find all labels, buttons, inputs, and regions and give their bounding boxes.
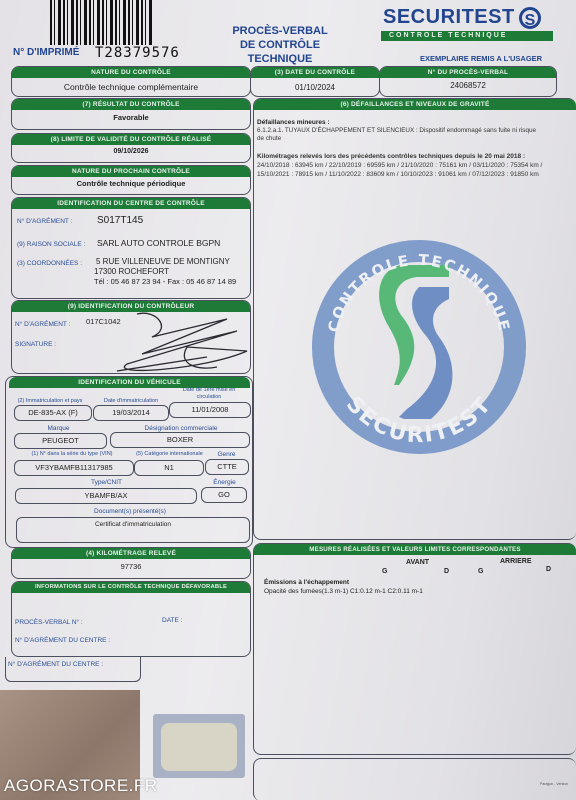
registration-label: (2) Immatriculation et pays (9, 398, 91, 404)
lower-right-frame (253, 758, 576, 800)
lower-agrement-label: N° D'AGRÉMENT DU CENTRE : (8, 661, 103, 668)
phone-fax: Tél : 05 46 87 23 94 - Fax : 05 46 87 14… (94, 277, 236, 286)
defects-header: (6) DÉFAILLANCES ET NIVEAUX DE GRAVITÉ (254, 99, 576, 110)
company-name-value: SARL AUTO CONTROLE BGPN (97, 238, 220, 248)
center-identification-box: IDENTIFICATION DU CENTRE DE CONTRÔLE N° … (11, 197, 251, 299)
center-header: IDENTIFICATION DU CENTRE DE CONTRÔLE (12, 198, 250, 209)
minor-defects-text: 6.1.2.a.1. TUYAUX D'ÉCHAPPEMENT ET SILEN… (257, 127, 542, 143)
vin-value: VF3YBAMFB11317985 (14, 460, 134, 476)
mileage-history-text: 24/10/2018 : 63945 km / 22/10/2019 : 695… (257, 162, 542, 178)
registration-date-value: 19/03/2014 (93, 405, 169, 421)
next-control-header: NATURE DU PROCHAIN CONTRÔLE (12, 166, 250, 177)
type-cnit-value: YBAMFB/AX (15, 488, 197, 504)
securitest-watermark-logo-icon: CONTROLE TECHNIQUE SECURITEST (309, 237, 529, 457)
rear-label: ARRIERE (500, 558, 532, 565)
validity-value: 09/10/2026 (12, 148, 250, 155)
securitest-watermark: CONTROLE TECHNIQUE SECURITEST (309, 237, 529, 457)
control-date-box: (3) DATE DU CONTRÔLE 01/10/2024 (250, 66, 380, 97)
fuel-value: GO (201, 487, 247, 503)
inspection-report-sheet: N° D'IMPRIMÉ T28379576 PROCÈS-VERBAL DE … (0, 0, 576, 800)
front-label: AVANT (406, 559, 429, 566)
vehicle-identification-box: IDENTIFICATION DU VÉHICULE (2) Immatricu… (5, 376, 253, 548)
registration-date-label: Date d'immatriculation (92, 398, 170, 404)
emissions-title: Émissions à l'échappement (264, 579, 349, 586)
report-number-header: N° DU PROCÈS-VERBAL (380, 67, 556, 78)
copy-note: EXEMPLAIRE REMIS A L'USAGER (420, 54, 542, 63)
measures-header: MESURES RÉALISÉES ET VALEURS LIMITES COR… (254, 544, 576, 555)
title-line-1: PROCÈS-VERBAL (215, 24, 345, 38)
validity-box: (8) LIMITE DE VALIDITÉ DU CONTRÔLE RÉALI… (11, 133, 251, 163)
registration-value: DE-835-AX (F) (14, 405, 92, 421)
mileage-value: 97736 (12, 562, 250, 571)
next-control-value: Contrôle technique périodique (12, 179, 250, 188)
category-value: N1 (134, 460, 204, 476)
make-value: PEUGEOT (14, 433, 107, 449)
opacity-value: Opacité des fumées(1.3 m-1) C1:0.12 m-1 … (264, 588, 423, 595)
address-line-2: 17300 ROCHEFORT (94, 267, 169, 276)
rear-right-label: D (546, 566, 551, 573)
stamp-window (153, 714, 245, 778)
rear-left-label: G (478, 568, 483, 575)
mileage-box: (4) KILOMÉTRAGE RELEVÉ 97736 (11, 547, 251, 579)
mileage-history-title: Kilométrages relevés lors des précédents… (257, 153, 525, 160)
minor-defects-title: Défaillances mineures : (257, 119, 330, 126)
brand-s-icon: S (519, 7, 541, 29)
company-name-label: (9) RAISON SOCIALE : (17, 241, 85, 248)
documents-label: Document(s) présenté(s) (14, 508, 246, 515)
document-title: PROCÈS-VERBAL DE CONTRÔLE TECHNIQUE (215, 24, 345, 66)
signature-label: SIGNATURE : (15, 341, 56, 348)
control-date-header: (3) DATE DU CONTRÔLE (251, 67, 379, 78)
report-number-value: 24068572 (380, 81, 556, 90)
control-nature-box: NATURE DU CONTRÔLE Contrôle technique co… (11, 66, 251, 97)
signature-scribble (87, 309, 267, 379)
make-label: Marque (11, 425, 106, 432)
brand-name: SECURITEST (383, 6, 515, 29)
first-circulation-label: Date de 1ère mise en circulation (176, 387, 242, 401)
fuel-label: Énergie (201, 479, 248, 486)
brand-logo: SECURITEST S CONTROLE TECHNIQUE (381, 6, 551, 40)
category-label: (5) Catégorie internationale (132, 451, 207, 457)
result-header: (7) RÉSULTAT DU CONTRÔLE (12, 99, 250, 110)
mileage-history: Kilométrages relevés lors des précédents… (257, 152, 557, 179)
measures-box: MESURES RÉALISÉES ET VALEURS LIMITES COR… (253, 543, 576, 755)
print-number-label: N° D'IMPRIMÉ (13, 47, 79, 58)
body-type-value: CTTE (205, 459, 249, 475)
result-value: Favorable (12, 113, 250, 122)
defects-box: (6) DÉFAILLANCES ET NIVEAUX DE GRAVITÉ D… (253, 98, 576, 540)
unfavorable-info-box: INFORMATIONS SUR LE CONTRÔLE TECHNIQUE D… (11, 581, 251, 657)
unfavorable-report-label: PROCÈS-VERBAL N° : (15, 619, 83, 626)
control-nature-value: Contrôle technique complémentaire (12, 82, 250, 92)
barcode (50, 0, 154, 45)
body-type-label: Genre (204, 451, 249, 458)
report-number-box: N° DU PROCÈS-VERBAL 24068572 (379, 66, 557, 97)
first-circulation-value: 11/01/2008 (169, 402, 251, 418)
address-line-1: 5 RUE VILLENEUVE DE MONTIGNY (96, 257, 230, 266)
footer-version: Paragon - Version (540, 782, 568, 786)
commercial-name-label: Désignation commerciale (111, 425, 251, 432)
commercial-name-value: BOXER (110, 432, 250, 448)
unfavorable-agrement-label: N° D'AGRÉMENT DU CENTRE : (15, 637, 110, 644)
result-box: (7) RÉSULTAT DU CONTRÔLE Favorable (11, 98, 251, 130)
unfavorable-header: INFORMATIONS SUR LE CONTRÔLE TECHNIQUE D… (12, 582, 250, 593)
front-left-label: G (382, 568, 387, 575)
center-agrement-label: N° D'AGRÉMENT : (17, 218, 72, 225)
type-cnit-label: Type/CNIT (14, 479, 199, 486)
documents-value: Certificat d'immatriculation (16, 517, 250, 543)
validity-header: (8) LIMITE DE VALIDITÉ DU CONTRÔLE RÉALI… (12, 134, 250, 145)
mileage-header: (4) KILOMÉTRAGE RELEVÉ (12, 548, 250, 559)
vin-label: (1) N° dans la série du type (VIN) (11, 451, 133, 457)
lower-agrement-box: N° D'AGRÉMENT DU CENTRE : (5, 657, 141, 682)
next-control-box: NATURE DU PROCHAIN CONTRÔLE Contrôle tec… (11, 165, 251, 195)
controller-identification-box: (9) IDENTIFICATION DU CONTRÔLEUR N° D'AG… (11, 300, 251, 374)
unfavorable-date-label: DATE : (162, 617, 182, 624)
brand-tagline: CONTROLE TECHNIQUE (381, 31, 553, 41)
control-date-value: 01/10/2024 (251, 83, 379, 92)
controller-agrement-label: N° D'AGRÉMENT : (15, 321, 70, 328)
front-right-label: D (444, 568, 449, 575)
site-watermark: AGORASTORE.FR (4, 776, 158, 796)
coordinates-label: (3) COORDONNÉES : (17, 260, 82, 267)
print-number: T28379576 (95, 45, 180, 61)
center-agrement-value: S017T145 (97, 215, 143, 226)
control-nature-header: NATURE DU CONTRÔLE (12, 67, 250, 78)
title-line-2: DE CONTRÔLE TECHNIQUE (215, 38, 345, 66)
